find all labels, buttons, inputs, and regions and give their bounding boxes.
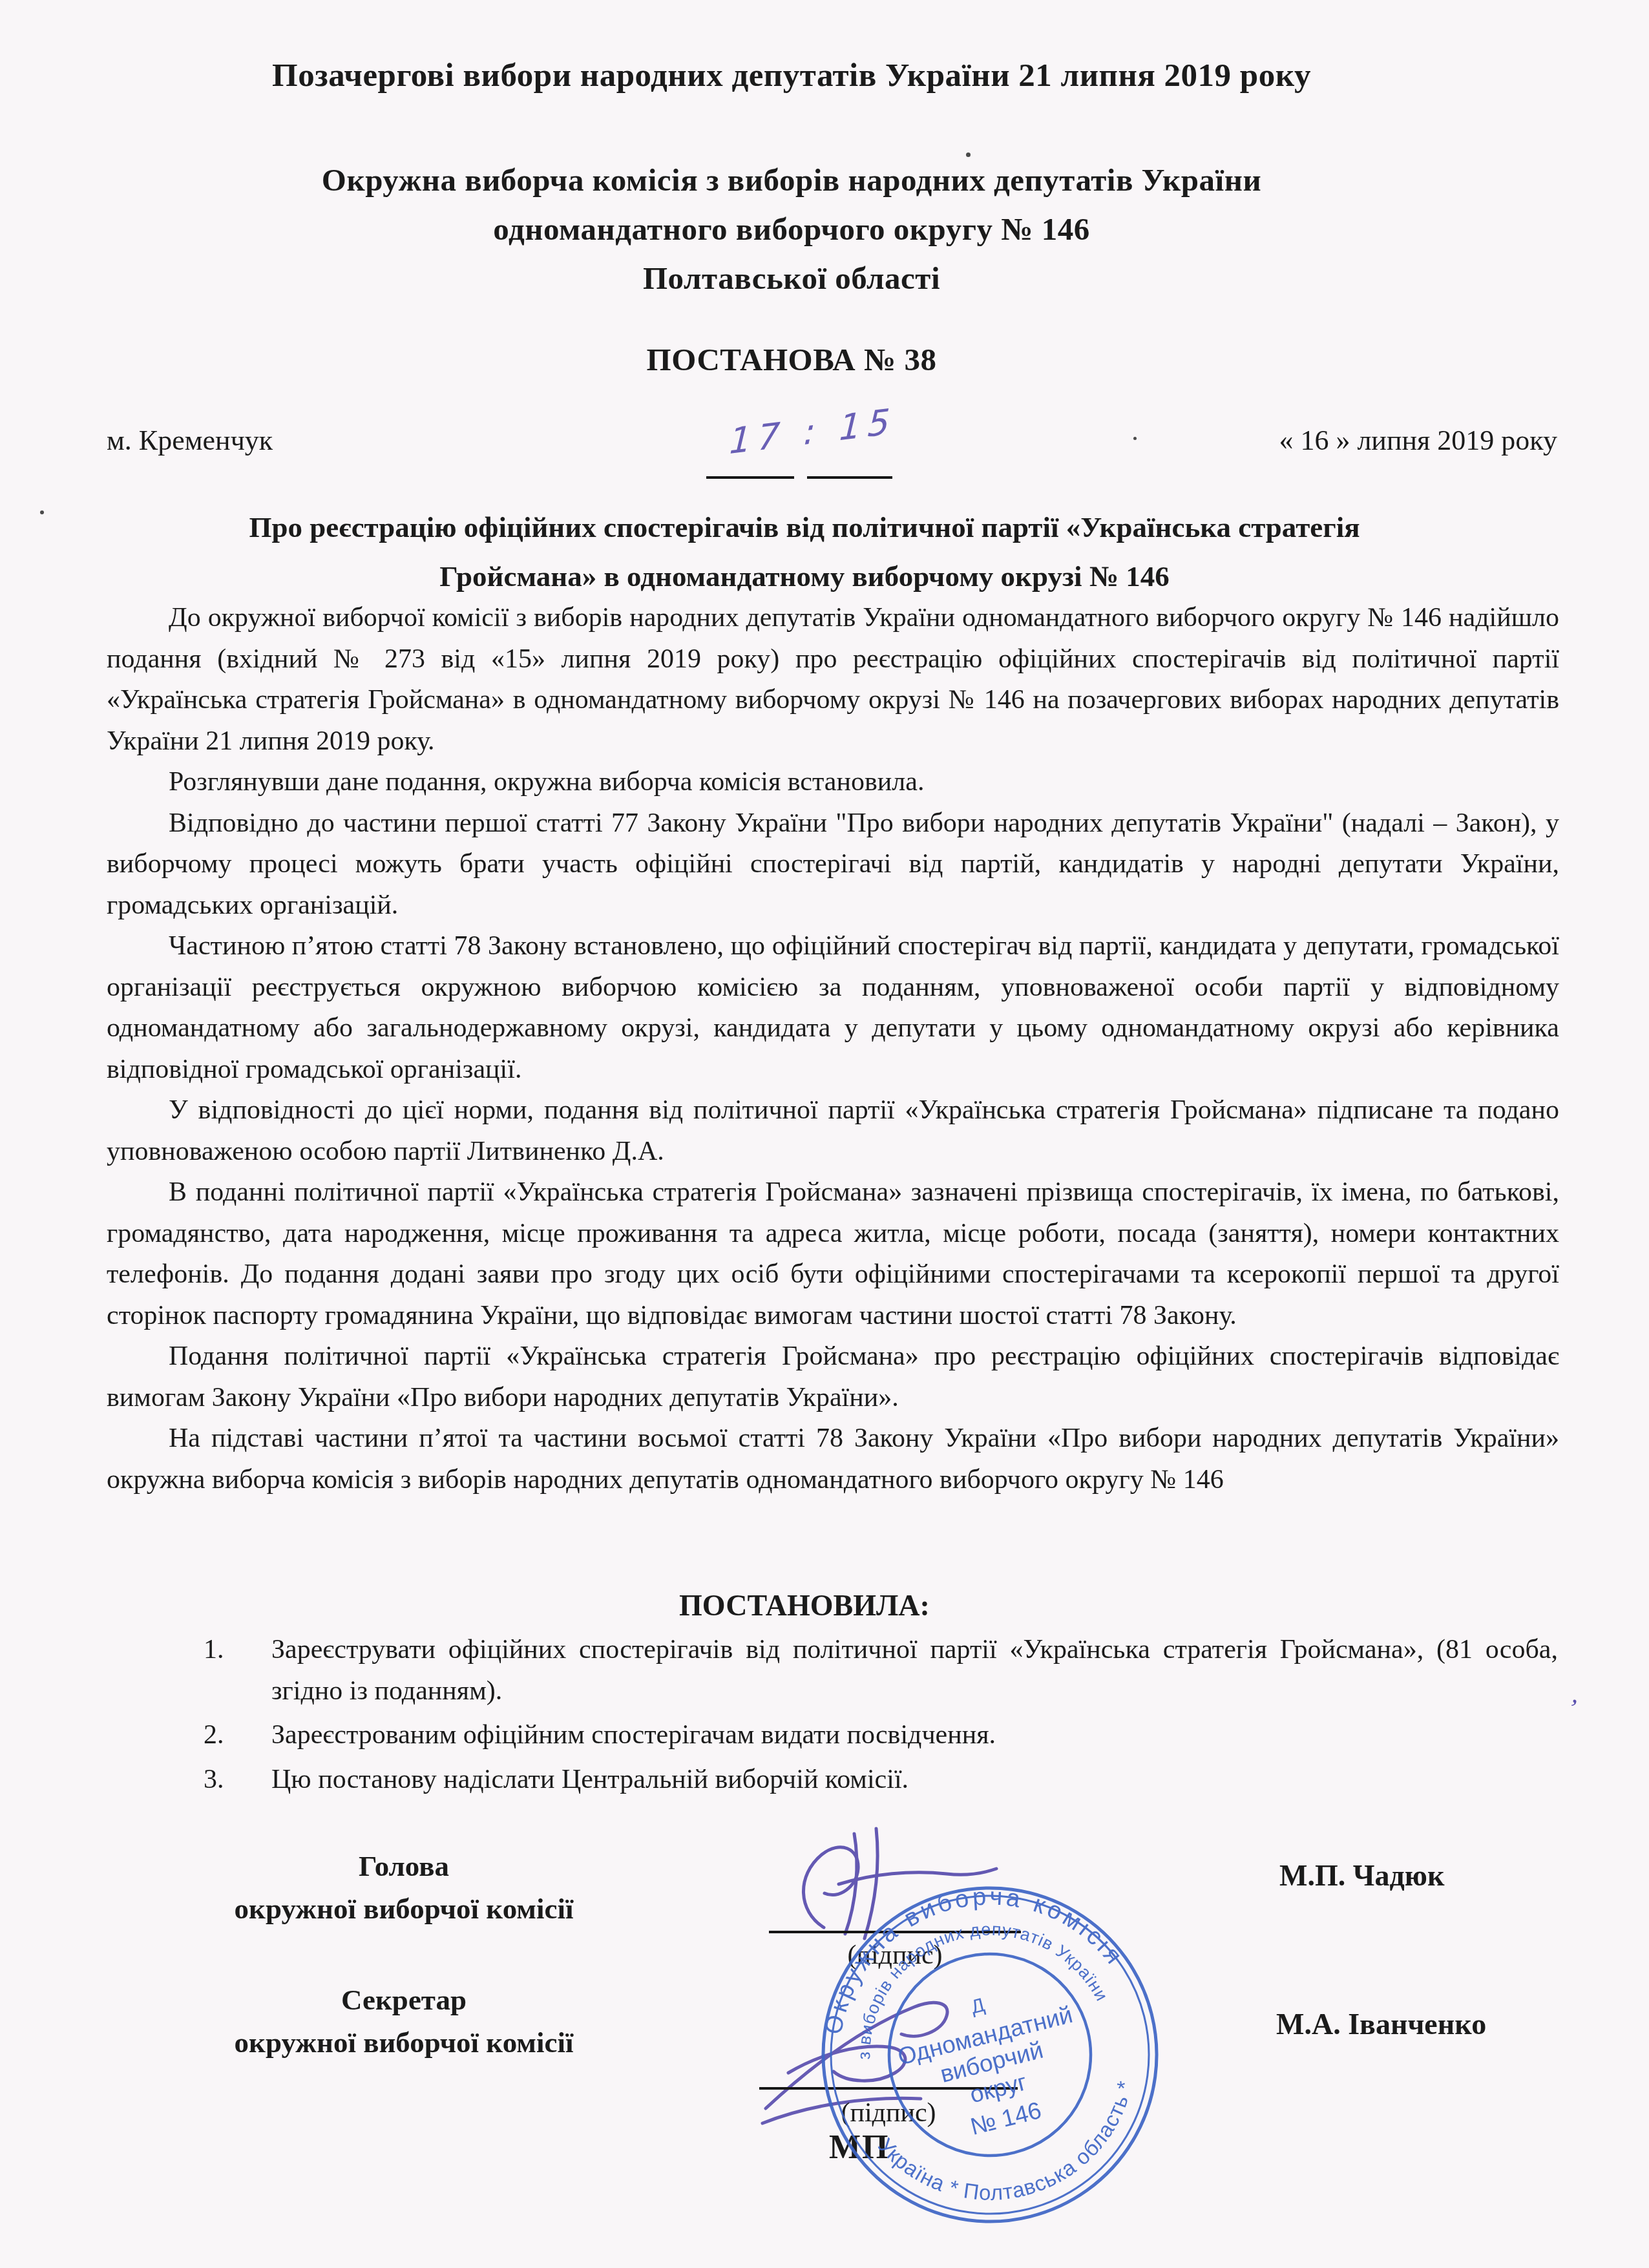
resolution-item: Зареєстрованим офіційним спостерігачам в… [204,1715,1558,1756]
document-date: « 16 » липня 2019 року [1279,424,1557,457]
secretary-name: М.А. Іванченко [1276,2007,1486,2041]
stamp-center-letter: Д [969,1994,987,2018]
head-role-line2: окружної виборчої комісії [178,1887,630,1930]
body-paragraph: Відповідно до частини першої статті 77 З… [107,803,1559,927]
commission-round-stamp: Окружна виборча комісія з виборів народн… [809,1874,1171,2236]
secretary-role: Секретар окружної виборчої комісії [178,1979,630,2064]
region-title: Полтавської області [39,260,1544,297]
resolution-number: ПОСТАНОВА № 38 [39,341,1544,378]
body-paragraph: У відповідності до цієї норми, подання в… [107,1090,1559,1172]
secretary-role-line2: окружної виборчої комісії [178,2021,630,2064]
subject-heading: Про реєстрацію офіційних спостерігачів в… [107,503,1502,601]
city-label: м. Кременчук [107,424,273,457]
commission-title: Окружна виборча комісія з виборів народн… [39,162,1544,198]
time-underline-hours [706,476,794,479]
subject-line: Про реєстрацію офіційних спостерігачів в… [107,503,1502,552]
district-title: одномандатного виборчого округу № 146 [39,211,1544,247]
body-paragraph: До окружної виборчої комісії з виборів н… [107,598,1559,762]
scan-speck-title [966,152,971,157]
head-role: Голова окружної виборчої комісії [178,1845,630,1930]
head-role-line1: Голова [178,1845,630,1887]
scan-speck-margin [40,510,44,514]
resolution-item: Цю постанову надіслати Центральній вибор… [204,1759,1558,1801]
handwritten-time: 17 : 15 [715,399,910,463]
subject-line: Гройсмана» в одномандатному виборчому ок… [107,552,1502,601]
scan-speck-date [1133,437,1137,440]
body-text: До окружної виборчої комісії з виборів н… [107,598,1559,1500]
pen-tick-mark: ʼ [1566,1692,1581,1724]
body-paragraph: Частиною п’ятою статті 78 Закону встанов… [107,926,1559,1090]
head-name: М.П. Чадюк [1279,1858,1444,1893]
time-underline-minutes [807,476,892,479]
body-paragraph: Подання політичної партії «Українська ст… [107,1336,1559,1418]
resolved-heading: ПОСТАНОВИЛА: [107,1588,1502,1622]
body-paragraph: Розглянувши дане подання, окружна виборч… [107,762,1559,803]
scanned-resolution-page: Позачергові вибори народних депутатів Ук… [0,0,1649,2268]
resolution-items: Зареєструвати офіційних спостерігачів ві… [204,1630,1558,1803]
body-paragraph: В поданні політичної партії «Українська … [107,1172,1559,1336]
secretary-role-line1: Секретар [178,1979,630,2021]
resolution-item: Зареєструвати офіційних спостерігачів ві… [204,1630,1558,1712]
election-title: Позачергові вибори народних депутатів Ук… [39,57,1544,94]
body-paragraph: На підставі частини п’ятої та частини во… [107,1418,1559,1500]
